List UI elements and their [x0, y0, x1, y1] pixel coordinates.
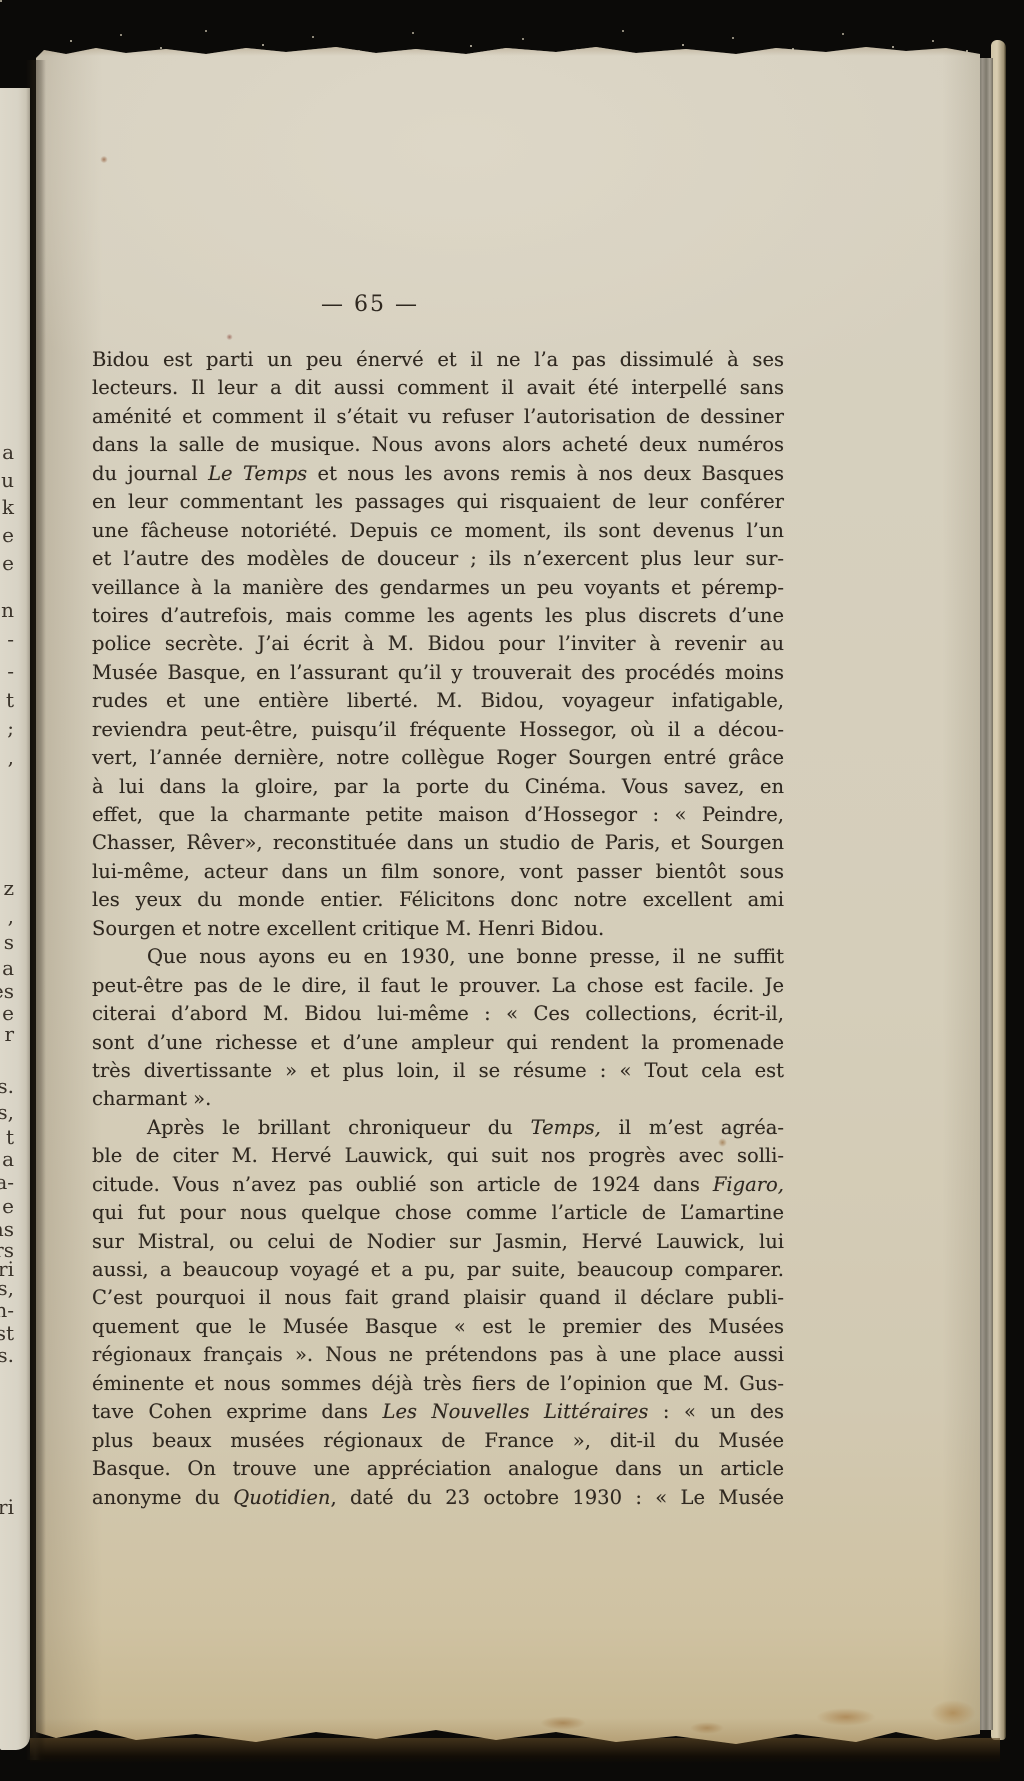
text-line: rudes et une entière liberté. M. Bidou, … [92, 687, 784, 715]
facing-page-letter-fragment: ; [7, 716, 14, 740]
facing-page-letter-fragment: s, [0, 1100, 14, 1124]
facing-page-letter-fragment: a- [0, 1170, 14, 1194]
text-line: effet, que la charmante petite maison d’… [92, 801, 784, 829]
text-line: dans la salle de musique. Nous avons alo… [92, 431, 784, 459]
body-text: Bidou est parti un peu énervé et il ne l… [92, 346, 784, 1512]
text-line: Bidou est parti un peu énervé et il ne l… [92, 346, 784, 374]
text-line: ble de citer M. Hervé Lauwick, qui suit … [92, 1142, 784, 1170]
facing-page-letter-fragment: , [8, 745, 14, 769]
facing-page-letter-fragment: n [1, 598, 14, 622]
facing-page-letter-fragment: n- [0, 1298, 14, 1322]
text-line: lecteurs. Il leur a dit aussi comment il… [92, 374, 784, 402]
facing-page-letter-fragment: k [2, 495, 14, 519]
facing-page-letter-fragment: u [1, 468, 14, 492]
scanned-book-photo: aukeen--t;,z,saesers.s,taa-ensrsris,n-st… [0, 0, 1024, 1781]
text-line: Que nous ayons eu en 1930, une bonne pre… [92, 943, 784, 971]
facing-page-letter-fragment: a [2, 440, 14, 464]
facing-page-letter-fragment: , [8, 904, 14, 928]
text-line: toires d’autrefois, mais comme les agent… [92, 602, 784, 630]
facing-page-letter-fragment: e [2, 523, 14, 547]
text-line: du journal Le Temps et nous les avons re… [92, 460, 784, 488]
facing-page-letter-fragment: a [2, 956, 14, 980]
facing-page-letter-fragment: e [2, 1194, 14, 1218]
page-block-edge-outer [991, 40, 1006, 1740]
text-line: veillance à la manière des gendarmes un … [92, 574, 784, 602]
text-line: C’est pourquoi il nous fait grand plaisi… [92, 1284, 784, 1312]
facing-page-letter-fragment: s [4, 930, 14, 954]
text-line: et l’autre des modèles de douceur ; ils … [92, 545, 784, 573]
text-line: police secrète. J’ai écrit à M. Bidou po… [92, 630, 784, 658]
page-bottom-shadow [30, 1738, 1000, 1764]
text-line: à lui dans la gloire, par la porte du Ci… [92, 773, 784, 801]
text-line: quement que le Musée Basque « est le pre… [92, 1313, 784, 1341]
text-line: éminente et nous sommes déjà très fiers … [92, 1370, 784, 1398]
text-line: Basque. On trouve une appréciation analo… [92, 1455, 784, 1483]
text-line: citude. Vous n’avez pas oublié son artic… [92, 1171, 784, 1199]
facing-page-letter-fragment: - [7, 627, 14, 651]
text-line: aménité et comment il s’était vu refuser… [92, 403, 784, 431]
text-line: qui fut pour nous quelque chose comme l’… [92, 1199, 784, 1227]
text-line: plus beaux musées régionaux de France »,… [92, 1427, 784, 1455]
text-line: très divertissante » et plus loin, il se… [92, 1057, 784, 1085]
facing-page-letter-fragment: z [3, 876, 14, 900]
text-line: anonyme du Quotidien, daté du 23 octobre… [92, 1484, 784, 1512]
facing-page-letter-fragment: es [0, 979, 14, 1003]
text-line: les yeux du monde entier. Félicitons don… [92, 886, 784, 914]
facing-page-letter-fragment: e [2, 551, 14, 575]
text-line: charmant ». [92, 1085, 784, 1113]
facing-page-letter-fragment: ri [0, 1495, 14, 1519]
text-line: sur Mistral, ou celui de Nodier sur Jasm… [92, 1228, 784, 1256]
facing-page-letter-fragment: st [0, 1321, 14, 1345]
text-line: vert, l’année dernière, notre collègue R… [92, 744, 784, 772]
text-line: tave Cohen exprime dans Les Nouvelles Li… [92, 1398, 784, 1426]
page-number: — 65 — [300, 292, 440, 317]
text-line: citerai d’abord M. Bidou lui-même : « Ce… [92, 1000, 784, 1028]
facing-page-letter-fragment: a [2, 1147, 14, 1171]
text-line: Après le brillant chroniqueur du Temps, … [92, 1114, 784, 1142]
facing-page-letter-fragment: - [7, 659, 14, 683]
facing-page-letter-fragment: s. [0, 1074, 14, 1098]
facing-page-text-fragments: aukeen--t;,z,saesers.s,taa-ensrsris,n-st… [0, 0, 15, 1781]
facing-page-letter-fragment: r [4, 1022, 14, 1046]
text-line: Chasser, Rêver», reconstituée dans un st… [92, 829, 784, 857]
facing-page-letter-fragment: t [6, 1125, 14, 1149]
text-line: aussi, a beaucoup voyagé et a pu, par su… [92, 1256, 784, 1284]
book-page: — 65 — Bidou est parti un peu énervé et … [36, 44, 980, 1744]
text-line: peut-être pas de le dire, il faut le pro… [92, 972, 784, 1000]
text-line: reviendra peut-être, puisqu’il fréquente… [92, 716, 784, 744]
page-block-edge-gray [978, 58, 993, 1730]
gutter-crease-shadow [26, 60, 46, 1760]
text-line: sont d’une richesse et d’une ampleur qui… [92, 1029, 784, 1057]
text-line: en leur commentant les passages qui risq… [92, 488, 784, 516]
text-line: Musée Basque, en l’assurant qu’il y trou… [92, 659, 784, 687]
text-line: Sourgen et notre excellent critique M. H… [92, 915, 784, 943]
text-line: lui-même, acteur dans un film sonore, vo… [92, 858, 784, 886]
text-line: une fâcheuse notoriété. Depuis ce moment… [92, 517, 784, 545]
text-line: régionaux français ». Nous ne prétendons… [92, 1341, 784, 1369]
facing-page-letter-fragment: s. [0, 1343, 14, 1367]
facing-page-letter-fragment: t [6, 688, 14, 712]
facing-page-letter-fragment: s, [0, 1276, 14, 1300]
